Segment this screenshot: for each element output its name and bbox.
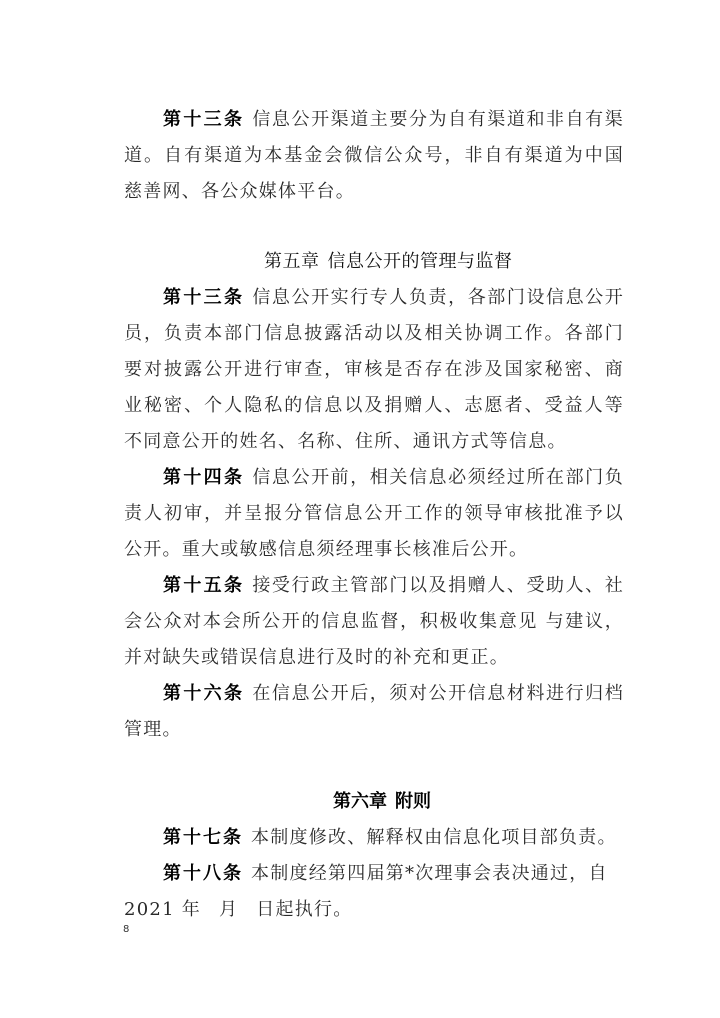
article-paragraph: 第十七条本制度修改、解释权由信息化项目部负责。 <box>124 820 624 856</box>
article-paragraph: 第十八条本制度经第四届第*次理事会表决通过，自 <box>124 856 624 892</box>
date-year: 2021 年 <box>124 899 201 920</box>
article-number: 第十六条 <box>163 683 244 704</box>
article-paragraph: 第十五条接受行政主管部门以及捐赠人、受助人、社会公众对本会所公开的信息监督，积极… <box>124 568 624 676</box>
article-text: 本制度经第四届第*次理事会表决通过，自 <box>251 863 608 884</box>
article-paragraph: 第十四条信息公开前，相关信息必须经过所在部门负责人初审，并呈报分管信息公开工作的… <box>124 460 624 568</box>
article-number: 第十八条 <box>163 863 243 884</box>
chapter-title: 信息公开的管理与监督 <box>328 251 513 272</box>
chapter-number: 第六章 <box>333 791 387 812</box>
chapter-heading: 第五章信息公开的管理与监督 <box>124 244 624 280</box>
chapter-heading: 第六章附则 <box>124 784 624 820</box>
article-number: 第十四条 <box>163 467 244 488</box>
article-number: 第十五条 <box>163 575 244 596</box>
article-number: 第十七条 <box>163 827 243 848</box>
article-text: 本制度修改、解释权由信息化项目部负责。 <box>251 827 617 848</box>
article-paragraph: 第十三条信息公开实行专人负责，各部门设信息公开员，负责本部门信息披露活动以及相关… <box>124 280 624 460</box>
article-number: 第十三条 <box>163 109 244 130</box>
article-number: 第十三条 <box>163 287 244 308</box>
document-page: 第十三条信息公开渠道主要分为自有渠道和非自有渠道。自有渠道为本基金会微信公众号，… <box>0 0 720 1018</box>
chapter-number: 第五章 <box>264 251 320 272</box>
chapter-title: 附则 <box>395 791 431 812</box>
article-paragraph: 第十六条在信息公开后，须对公开信息材料进行归档管理。 <box>124 676 624 748</box>
article-paragraph: 第十三条信息公开渠道主要分为自有渠道和非自有渠道。自有渠道为本基金会微信公众号，… <box>124 102 624 210</box>
date-month: 月 <box>219 899 238 920</box>
effective-date-line: 2021 年月日起执行。 <box>124 892 624 928</box>
page-number: 8 <box>123 924 129 935</box>
article-text: 信息公开实行专人负责，各部门设信息公开员，负责本部门信息披露活动以及相关协调工作… <box>124 287 624 452</box>
page-content: 第十三条信息公开渠道主要分为自有渠道和非自有渠道。自有渠道为本基金会微信公众号，… <box>124 102 624 928</box>
date-day: 日起执行。 <box>256 899 352 920</box>
